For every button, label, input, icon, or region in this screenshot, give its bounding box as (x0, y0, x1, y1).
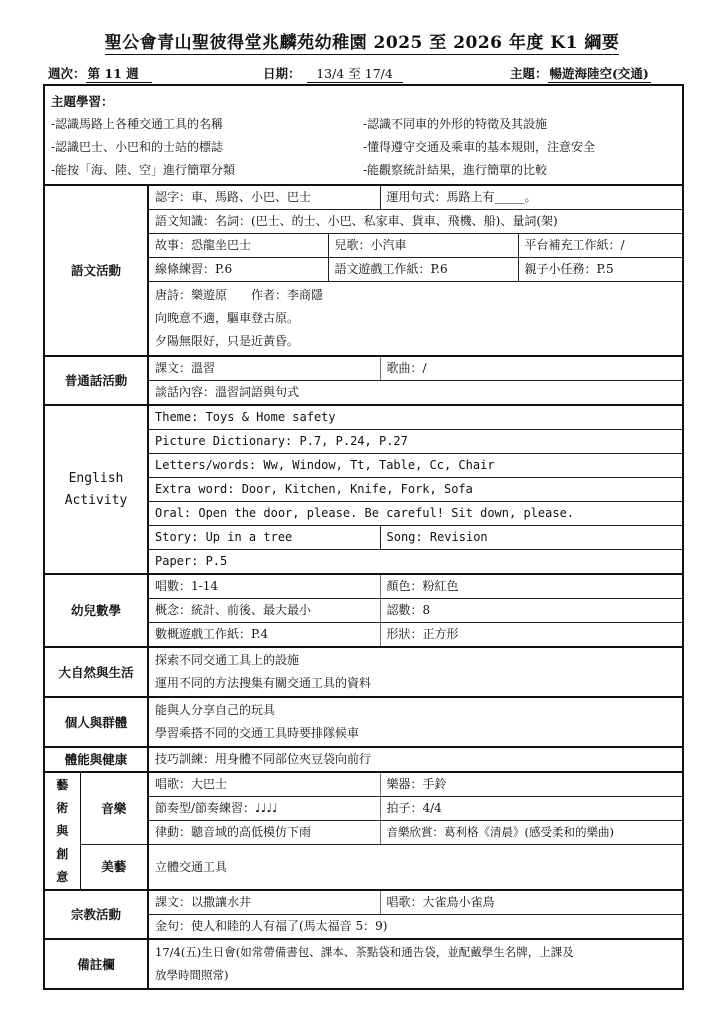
category-chinese: 語文活動 (44, 185, 148, 356)
math-shape: 形狀：正方形 (380, 623, 683, 648)
arts-music-row-1: 藝 術 與 創 意 音樂 唱歌：大巴士 樂器：手鈴 (44, 772, 683, 797)
theme-field: 主題：暢遊海陸空(交通) (510, 64, 651, 83)
music-appreciation: 音樂欣賞：葛利格《清晨》(感受柔和的樂曲) (380, 821, 683, 845)
english-song: Song: Revision (380, 526, 683, 550)
chinese-sentence: 運用句式：馬路上有_____。 (380, 185, 683, 210)
theme-learning-section: 主題學習： -認識馬路上各種交通工具的名稱 -認識巴士、小巴和的士站的標誌 -能… (44, 85, 683, 185)
category-music: 音樂 (80, 772, 148, 845)
category-remarks: 備註欄 (44, 939, 148, 989)
chinese-vocab: 認字：車、馬路、小巴、巴士 (148, 185, 380, 210)
chinese-parent-task: 親子小任務：P.5 (518, 258, 683, 282)
math-game-sheet: 數概遊戲工作紙：P.4 (148, 623, 380, 648)
week-value: 第 11 週 (86, 64, 152, 83)
math-number: 認數：8 (380, 599, 683, 623)
category-personal: 個人與群體 (44, 697, 148, 747)
poem-line: 向晚意不適，驅車登古原。 (155, 307, 676, 330)
theme-value: 暢遊海陸空(交通) (548, 64, 651, 83)
chinese-game-sheet: 語文遊戲工作紙：P.6 (328, 258, 518, 282)
religion-lesson: 課文：以撒讓水井 (148, 890, 380, 915)
visual-arts-content: 立體交通工具 (148, 845, 683, 891)
category-english: English Activity (44, 405, 148, 574)
english-theme: Theme: Toys & Home safety (148, 405, 683, 430)
theme-learning-left: -認識馬路上各種交通工具的名稱 -認識巴士、小巴和的士站的標誌 -能按「海、陸、… (51, 113, 363, 182)
math-concept: 概念：統計、前後、最大最小 (148, 599, 380, 623)
category-putonghua: 普通話活動 (44, 356, 148, 405)
religion-song: 唱歌：大雀鳥小雀鳥 (380, 890, 683, 915)
personal-line: 能與人分享自己的玩具 (155, 699, 676, 722)
date-field: 日期：13/4 至 17/4 (263, 64, 403, 83)
chinese-story: 故事：恐龍坐巴士 (148, 234, 328, 258)
physical-line: 技巧訓練：用身體不同部位夾豆袋向前行 (148, 747, 683, 772)
week-field: 週次：第 11 週 (48, 64, 152, 83)
curriculum-table: 主題學習： -認識馬路上各種交通工具的名稱 -認識巴士、小巴和的士站的標誌 -能… (43, 84, 684, 990)
remarks-line: 17/4(五)生日會(如常帶備書包、課本、茶點袋和通告袋，並配戴學生名牌，上課及 (155, 941, 676, 964)
nature-line: 探索不同交通工具上的設施 (155, 649, 676, 672)
music-rhythm: 節奏型/節奏練習：♩♩♩♩ (148, 797, 380, 821)
music-beat: 拍子：4/4 (380, 797, 683, 821)
category-religion: 宗教活動 (44, 890, 148, 939)
chinese-lines: 線條練習：P.6 (148, 258, 328, 282)
nature-row: 大自然與生活 探索不同交通工具上的設施 運用不同的方法搜集有關交通工具的資料 (44, 647, 683, 697)
category-visual-arts: 美藝 (80, 845, 148, 891)
poem-title: 唐詩：樂遊原 作者：李商隱 (155, 284, 676, 307)
category-physical: 體能與健康 (44, 747, 148, 772)
chinese-row-1: 語文活動 認字：車、馬路、小巴、巴士 運用句式：馬路上有_____。 (44, 185, 683, 210)
date-value: 13/4 至 17/4 (307, 64, 403, 83)
math-row-1: 幼兒數學 唱數：1-14 顏色：粉紅色 (44, 574, 683, 599)
category-math: 幼兒數學 (44, 574, 148, 647)
theme-goal: -認識不同車的外形的特徵及其設施 (363, 113, 595, 136)
theme-goal: -能按「海、陸、空」進行簡單分類 (51, 159, 363, 182)
english-letters: Letters/words: Ww, Window, Tt, Table, Cc… (148, 454, 683, 478)
english-extra: Extra word: Door, Kitchen, Knife, Fork, … (148, 478, 683, 502)
religion-verse: 金句：使人和睦的人有福了(馬太福音 5：9) (148, 915, 683, 940)
poem-line: 夕陽無限好，只是近黃昏。 (155, 330, 676, 353)
theme-learning-heading: 主題學習： (51, 90, 676, 113)
math-color: 顏色：粉紅色 (380, 574, 683, 599)
personal-row: 個人與群體 能與人分享自己的玩具 學習乘搭不同的交通工具時要排隊候車 (44, 697, 683, 747)
theme-goal: -認識巴士、小巴和的士站的標誌 (51, 136, 363, 159)
english-oral: Oral: Open the door, please. Be careful!… (148, 502, 683, 526)
remarks-line: 放學時間照常) (155, 964, 676, 987)
theme-goal: -懂得遵守交通及乘車的基本規則，注意安全 (363, 136, 595, 159)
math-counting: 唱數：1-14 (148, 574, 380, 599)
putonghua-lesson: 課文：溫習 (148, 356, 380, 381)
putonghua-row-1: 普通話活動 課文：溫習 歌曲：/ (44, 356, 683, 381)
document-title: 聖公會青山聖彼得堂兆麟苑幼稚園 2025 至 2026 年度 K1 綱要 (0, 28, 724, 53)
chinese-platform: 平台補充工作紙：/ (518, 234, 683, 258)
music-singing: 唱歌：大巴士 (148, 772, 380, 797)
music-instrument: 樂器：手鈴 (380, 772, 683, 797)
english-row-1: English Activity Theme: Toys & Home safe… (44, 405, 683, 430)
category-arts: 藝 術 與 創 意 (44, 772, 80, 890)
putonghua-song: 歌曲：/ (380, 356, 683, 381)
putonghua-talk: 談話內容：溫習詞語與句式 (148, 381, 683, 406)
chinese-rhyme: 兒歌：小汽車 (328, 234, 518, 258)
english-dictionary: Picture Dictionary: P.7, P.24, P.27 (148, 430, 683, 454)
english-story: Story: Up in a tree (148, 526, 380, 550)
theme-goal: -能觀察統計結果，進行簡單的比較 (363, 159, 595, 182)
personal-line: 學習乘搭不同的交通工具時要排隊候車 (155, 722, 676, 745)
physical-row: 體能與健康 技巧訓練：用身體不同部位夾豆袋向前行 (44, 747, 683, 772)
remarks-row: 備註欄 17/4(五)生日會(如常帶備書包、課本、茶點袋和通告袋，並配戴學生名牌… (44, 939, 683, 989)
meta-bar: 週次：第 11 週 日期：13/4 至 17/4 主題：暢遊海陸空(交通) (48, 64, 680, 82)
arts-visual-row: 美藝 立體交通工具 (44, 845, 683, 891)
english-paper: Paper: P.5 (148, 550, 683, 575)
chinese-knowledge: 語文知識：名詞：(巴士、的士、小巴、私家車、貨車、飛機、船)、量詞(架) (148, 210, 683, 234)
religion-row-1: 宗教活動 課文：以撒讓水井 唱歌：大雀鳥小雀鳥 (44, 890, 683, 915)
theme-learning-right: -認識不同車的外形的特徵及其設施 -懂得遵守交通及乘車的基本規則，注意安全 -能… (363, 113, 595, 182)
music-movement: 律動：聽音域的高低模仿下雨 (148, 821, 380, 845)
theme-goal: -認識馬路上各種交通工具的名稱 (51, 113, 363, 136)
nature-line: 運用不同的方法搜集有關交通工具的資料 (155, 672, 676, 695)
category-nature: 大自然與生活 (44, 647, 148, 697)
